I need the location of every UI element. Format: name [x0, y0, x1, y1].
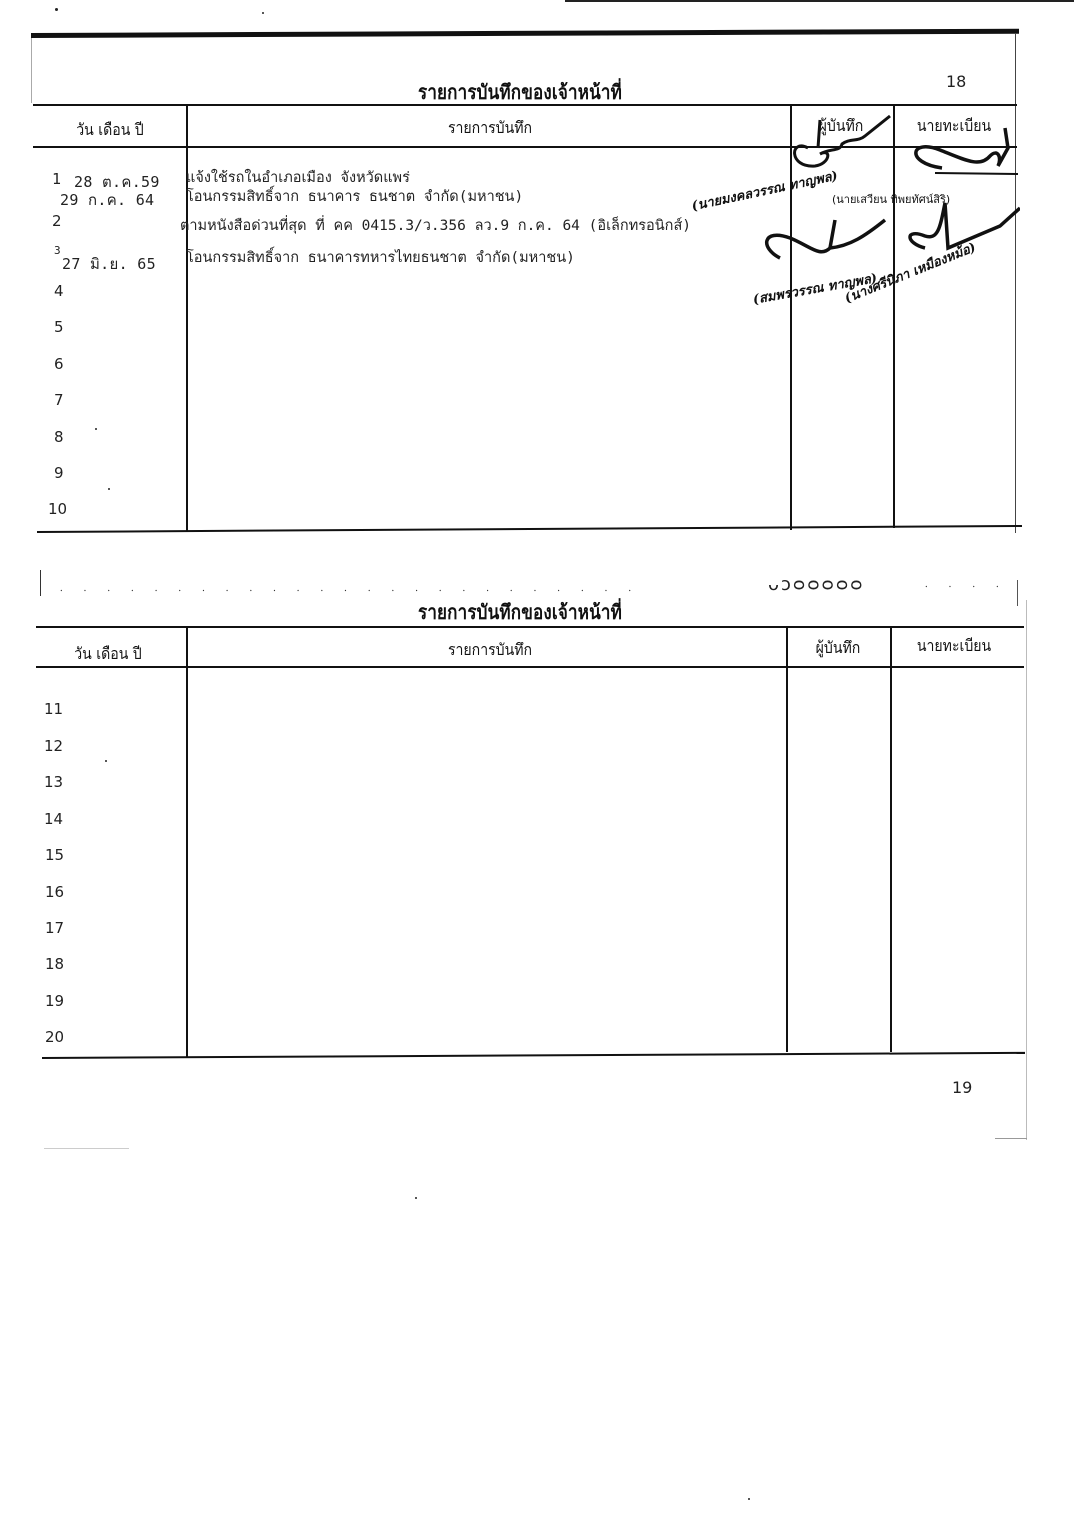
page-left-edge — [40, 570, 41, 596]
row-number: 11 — [44, 700, 63, 718]
scan-speck — [415, 1197, 417, 1199]
column-divider — [786, 626, 788, 1052]
scan-speck — [95, 428, 97, 430]
page-left-edge — [31, 38, 32, 103]
scan-speck — [105, 760, 107, 762]
registrar-stamp: (นายเสวียน ทิพยทัศน์สิริ) — [832, 190, 950, 208]
column-header-entry: รายการบันทึก — [323, 638, 657, 663]
column-header-date: วัน เดือน ปี — [46, 642, 169, 667]
scan-edge-line — [565, 0, 1074, 2]
row-number: 6 — [54, 355, 64, 373]
row-number: 12 — [44, 737, 63, 755]
page-right-edge — [1026, 600, 1027, 1140]
page-title: รายการบันทึกของเจ้าหน้าที่ — [359, 596, 682, 628]
column-header-recorder: ผู้บันทึก — [798, 636, 879, 661]
table-header-bottom-line — [36, 666, 1024, 668]
column-divider — [186, 626, 188, 1058]
row-number: 3 — [54, 244, 61, 257]
row-number: 1 — [52, 170, 61, 188]
row-number: 17 — [45, 919, 64, 937]
row-number: 13 — [44, 773, 63, 791]
column-header-date: วัน เดือน ปี — [48, 118, 171, 143]
page-edge-line — [44, 1148, 129, 1149]
column-header-entry: รายการบันทึก — [323, 116, 657, 141]
cut-header-dots: ⸱⸱⸱⸱⸱⸱⸱⸱⸱⸱⸱⸱⸱⸱⸱⸱⸱⸱⸱⸱⸱⸱⸱⸱⸱ — [60, 583, 652, 597]
entry-text: โอนกรรมสิทธิ์จาก ธนาคารทหารไทยธนชาต จำกั… — [186, 246, 575, 269]
table-bottom-line — [37, 525, 1022, 533]
scan-speck — [108, 488, 110, 490]
scan-speck — [262, 12, 264, 14]
column-header-registrar: นายทะเบียน — [902, 634, 1006, 659]
table-header-top-line — [36, 626, 1024, 628]
row-number: 20 — [45, 1028, 64, 1046]
row-number: 7 — [54, 391, 64, 409]
cut-header-dots: ⸱⸱⸱⸱ — [925, 579, 1020, 593]
scan-speck — [748, 1498, 750, 1500]
row-number: 10 — [48, 500, 67, 518]
row-number: 5 — [54, 318, 64, 336]
table-bottom-line — [42, 1052, 1025, 1059]
page-corner-line — [995, 1138, 1027, 1139]
cut-header-fragment: ᴗᴐᴑᴑᴑᴑᴑ — [768, 574, 864, 595]
row-number: 18 — [45, 955, 64, 973]
scan-speck — [55, 8, 58, 11]
page-number: 18 — [946, 72, 966, 91]
entry-text: โอนกรรมสิทธิ์จาก ธนาคาร ธนชาต จำกัด(มหาช… — [186, 185, 523, 208]
row-number: 15 — [45, 846, 64, 864]
row-number: 19 — [45, 992, 64, 1010]
page-top-border — [31, 29, 1019, 38]
row-number: 8 — [54, 428, 64, 446]
table-header-top-line — [33, 104, 1017, 106]
row-number: 2 — [52, 212, 62, 230]
row-number: 4 — [54, 282, 64, 300]
entry-text: ตามหนังสือด่วนที่สุด ที่ คค 0415.3/ว.356… — [180, 214, 691, 237]
entry-date: 29 ก.ค. 64 — [60, 188, 154, 212]
page-number: 19 — [952, 1078, 972, 1097]
row-number: 14 — [44, 810, 63, 828]
column-divider — [890, 626, 892, 1052]
row-number: 9 — [54, 464, 64, 482]
row-number: 16 — [45, 883, 64, 901]
entry-date: 27 มิ.ย. 65 — [62, 252, 156, 276]
